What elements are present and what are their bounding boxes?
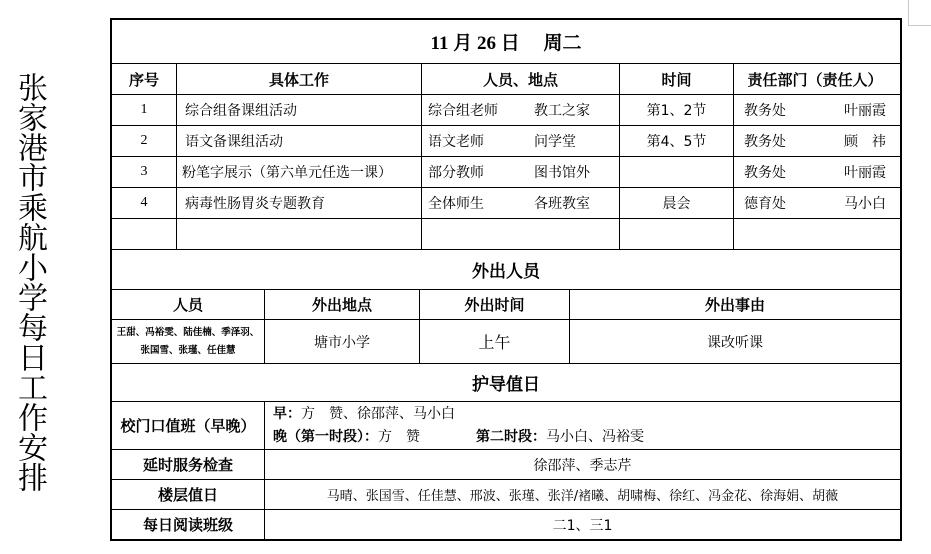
gate-duty-content: 早：方 赞、徐邵萍、马小白 晚（第一时段）：方 赞第二时段：马小白、冯裕雯 [265,402,900,449]
cell-work: 语文备课组活动 [177,126,422,156]
daily-schedule-table: 11 月 26 日 周二 序号 具体工作 人员、地点 时间 责任部门（责任人） … [110,18,902,541]
cell-person: 叶丽霞 [844,100,886,120]
empty-cell [112,219,177,249]
cell-people: 全体师生 [428,193,534,213]
cell-dept: 教务处 [744,131,786,151]
cell-time: 晨会 [620,188,734,218]
floor-duty-row: 楼层值日 马晴、张国雪、任佳慧、邢波、张瑾、张洋/褚曦、胡啸梅、徐红、冯金花、徐… [112,480,900,510]
spreadsheet-grid-artifact [908,0,909,25]
table-row: 1 综合组备课组活动 综合组老师教工之家 第1、2节 教务处叶丽霞 [112,95,900,126]
cell-time: 第1、2节 [620,95,734,125]
outing-people-line1: 王甜、冯裕雯、陆佳楠、季泽羽、 [117,324,260,341]
gate-duty-label: 校门口值班（早晚） [112,402,265,449]
header-seq: 序号 [112,64,177,94]
cell-responsible: 教务处顾 祎 [734,126,900,156]
cell-work: 粉笔字展示（第六单元任选一课） [177,157,422,187]
gate-morning-names: 方 赞、徐邵萍、马小白 [301,406,455,422]
delay-check-names: 徐邵萍、季志芹 [265,450,900,479]
cell-person: 顾 祎 [844,131,886,151]
cell-place: 教工之家 [534,100,590,120]
date-title: 11 月 26 日 周二 [112,20,900,63]
document-vertical-title: 张家港市乘航小学每日工作安排 [14,72,44,492]
outing-row: 王甜、冯裕雯、陆佳楠、季泽羽、 张国雪、张瑾、任佳慧 塘市小学 上午 课改听课 [112,320,900,364]
empty-cell [422,219,620,249]
floor-duty-names: 马晴、张国雪、任佳慧、邢波、张瑾、张洋/褚曦、胡啸梅、徐红、冯金花、徐海娟、胡薇 [265,480,900,509]
date-title-row: 11 月 26 日 周二 [112,20,900,64]
cell-time [620,157,734,187]
cell-responsible: 教务处叶丽霞 [734,157,900,187]
main-header-row: 序号 具体工作 人员、地点 时间 责任部门（责任人） [112,64,900,95]
delay-check-label: 延时服务检查 [112,450,265,479]
cell-person: 叶丽霞 [844,162,886,182]
cell-dept: 教务处 [744,162,786,182]
cell-people-place: 综合组老师教工之家 [422,95,620,125]
outing-people: 王甜、冯裕雯、陆佳楠、季泽羽、 张国雪、张瑾、任佳慧 [112,320,265,363]
outing-place: 塘市小学 [265,320,420,363]
table-row: 3 粉笔字展示（第六单元任选一课） 部分教师图书馆外 教务处叶丽霞 [112,157,900,188]
cell-dept: 教务处 [744,100,786,120]
delay-check-row: 延时服务检查 徐邵萍、季志芹 [112,450,900,480]
outing-header-time: 外出时间 [420,290,570,319]
outing-header-people: 人员 [112,290,265,319]
cell-seq: 3 [112,157,177,187]
cell-people-place: 语文老师问学堂 [422,126,620,156]
cell-work: 综合组备课组活动 [177,95,422,125]
cell-people: 语文老师 [428,131,534,151]
cell-responsible: 德育处马小白 [734,188,900,218]
gate-evening-names: 方 赞 [378,429,420,445]
gate-duty-evening-line: 晚（第一时段）：方 赞第二时段：马小白、冯裕雯 [273,426,644,449]
cell-seq: 2 [112,126,177,156]
gate-duty-row: 校门口值班（早晚） 早：方 赞、徐邵萍、马小白 晚（第一时段）：方 赞第二时段：… [112,402,900,450]
header-responsible: 责任部门（责任人） [734,64,900,94]
spreadsheet-grid-artifact [908,25,931,26]
gate-evening2-label: 第二时段： [476,429,546,445]
cell-place: 问学堂 [534,131,576,151]
empty-cell [734,219,900,249]
outing-header-row: 人员 外出地点 外出时间 外出事由 [112,290,900,320]
empty-cell [620,219,734,249]
cell-seq: 4 [112,188,177,218]
cell-seq: 1 [112,95,177,125]
empty-row [112,219,900,250]
table-row: 2 语文备课组活动 语文老师问学堂 第4、5节 教务处顾 祎 [112,126,900,157]
daily-reading-classes: 二1、三1 [265,510,900,539]
cell-time: 第4、5节 [620,126,734,156]
cell-people: 部分教师 [428,162,534,182]
gate-evening-label: 晚（第一时段）： [273,429,378,445]
header-people-place: 人员、地点 [422,64,620,94]
duty-section-title: 护导值日 [112,364,900,401]
cell-responsible: 教务处叶丽霞 [734,95,900,125]
cell-people-place: 全体师生各班教室 [422,188,620,218]
cell-work: 病毒性肠胃炎专题教育 [177,188,422,218]
daily-reading-label: 每日阅读班级 [112,510,265,539]
cell-place: 各班教室 [534,193,590,213]
outing-header-reason: 外出事由 [570,290,900,319]
cell-people: 综合组老师 [428,100,534,120]
outing-section-header-row: 外出人员 [112,250,900,290]
cell-people-place: 部分教师图书馆外 [422,157,620,187]
cell-person: 马小白 [844,193,886,213]
outing-people-line2: 张国雪、张瑾、任佳慧 [140,342,235,359]
header-work: 具体工作 [177,64,422,94]
floor-duty-label: 楼层值日 [112,480,265,509]
empty-cell [177,219,422,249]
page: 张家港市乘航小学每日工作安排 11 月 26 日 周二 序号 具体工作 人员、地… [0,0,931,554]
gate-evening2-names: 马小白、冯裕雯 [546,429,644,445]
table-row: 4 病毒性肠胃炎专题教育 全体师生各班教室 晨会 德育处马小白 [112,188,900,219]
daily-reading-row: 每日阅读班级 二1、三1 [112,510,900,539]
cell-dept: 德育处 [744,193,786,213]
gate-duty-morning-line: 早：方 赞、徐邵萍、马小白 [273,403,455,426]
duty-section-header-row: 护导值日 [112,364,900,402]
outing-header-place: 外出地点 [265,290,420,319]
outing-section-title: 外出人员 [112,250,900,289]
cell-place: 图书馆外 [534,162,590,182]
gate-morning-label: 早： [273,406,301,422]
outing-reason: 课改听课 [570,320,900,363]
header-time: 时间 [620,64,734,94]
outing-time: 上午 [420,320,570,363]
